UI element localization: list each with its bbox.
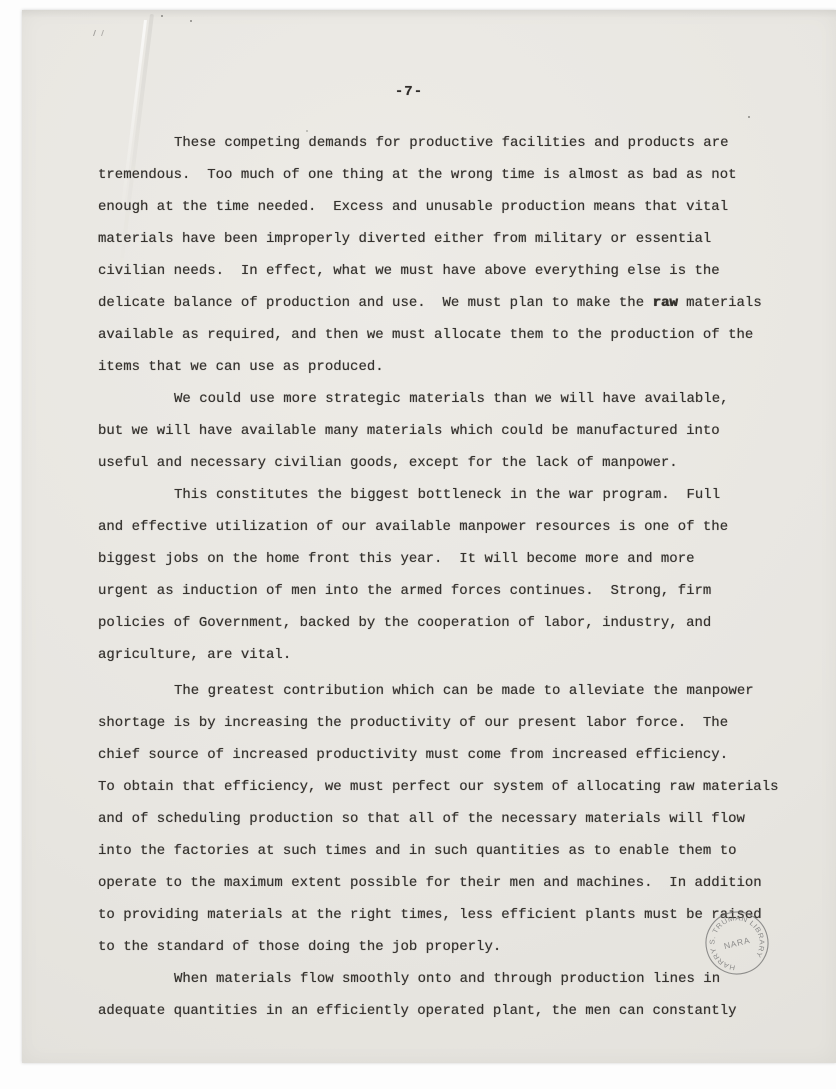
text-line: chief source of increased productivity m… <box>98 739 810 771</box>
page-number: -7- <box>2 84 816 101</box>
text-line: policies of Government, backed by the co… <box>98 607 810 639</box>
text-line: agriculture, are vital. <box>98 639 810 671</box>
bold-word: raw <box>653 295 678 311</box>
paper-edge-shadow <box>22 10 836 18</box>
text-line: delicate balance of production and use. … <box>98 287 810 319</box>
text-line: adequate quantities in an efficiently op… <box>98 995 810 1027</box>
text-line: biggest jobs on the home front this year… <box>98 543 810 575</box>
text-segment: delicate balance of production and use. … <box>98 295 653 311</box>
text-line: available as required, and then we must … <box>98 319 810 351</box>
text-segment: materials <box>678 295 762 311</box>
paragraph-1: These competing demands for productive f… <box>98 127 810 383</box>
text-line: but we will have available many material… <box>98 415 810 447</box>
text-line: useful and necessary civilian goods, exc… <box>98 447 810 479</box>
paper-speck <box>161 15 163 17</box>
text-line: tremendous. Too much of one thing at the… <box>98 159 810 191</box>
text-line: and of scheduling production so that all… <box>98 803 810 835</box>
text-line: We could use more strategic materials th… <box>98 383 810 415</box>
paragraph-3: This constitutes the biggest bottleneck … <box>98 479 810 671</box>
text-line: civilian needs. In effect, what we must … <box>98 255 810 287</box>
document-body: These competing demands for productive f… <box>98 127 810 1027</box>
text-line: materials have been improperly diverted … <box>98 223 810 255</box>
text-line: These competing demands for productive f… <box>98 127 810 159</box>
document-page: -7- These competing demands for producti… <box>22 10 836 1063</box>
paper-speck <box>190 20 192 22</box>
text-line: enough at the time needed. Excess and un… <box>98 191 810 223</box>
paper-speck <box>748 116 750 118</box>
stamp-graphic: HARRY S. TRUMAN LIBRARY NARA <box>699 905 775 981</box>
text-line: shortage is by increasing the productivi… <box>98 707 810 739</box>
stamp-center-text: NARA <box>723 935 751 951</box>
text-line: This constitutes the biggest bottleneck … <box>98 479 810 511</box>
paragraph-2: We could use more strategic materials th… <box>98 383 810 479</box>
pencil-mark <box>93 30 104 36</box>
text-line: and effective utilization of our availab… <box>98 511 810 543</box>
text-line: The greatest contribution which can be m… <box>98 675 810 707</box>
text-line: urgent as induction of men into the arme… <box>98 575 810 607</box>
text-line: To obtain that efficiency, we must perfe… <box>98 771 810 803</box>
text-line: items that we can use as produced. <box>98 351 810 383</box>
truman-library-stamp: HARRY S. TRUMAN LIBRARY NARA <box>699 905 775 981</box>
text-line: operate to the maximum extent possible f… <box>98 867 810 899</box>
text-line: into the factories at such times and in … <box>98 835 810 867</box>
scan-background: -7- These competing demands for producti… <box>0 0 836 1089</box>
